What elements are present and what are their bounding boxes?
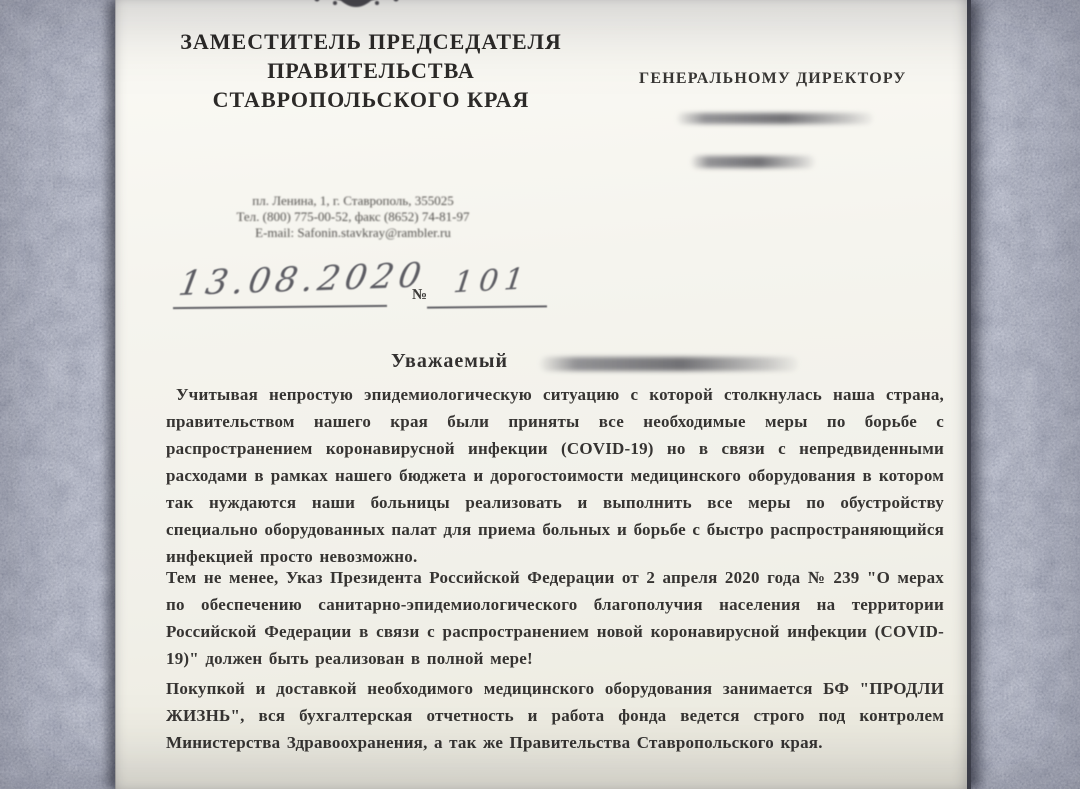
date-underline xyxy=(173,305,387,309)
number-sign: № xyxy=(412,287,427,304)
body-paragraph: Учитывая непростую эпидемиологическую си… xyxy=(166,381,944,570)
handwritten-date: 13.08.2020 xyxy=(176,256,429,305)
address-line: Тел. (800) 775-00-52, факс (8652) 74-81-… xyxy=(203,209,503,225)
sender-address-block: пл. Ленина, 1, г. Ставрополь, 355025 Тел… xyxy=(203,193,503,241)
sender-title-line: ПРАВИТЕЛЬСТВА xyxy=(156,56,586,85)
redacted-addressee-name xyxy=(540,357,798,371)
address-line: E-mail: Safonin.stavkray@rambler.ru xyxy=(203,225,503,241)
recipient-title: ГЕНЕРАЛЬНОМУ ДИРЕКТОРУ xyxy=(639,70,929,88)
address-line: пл. Ленина, 1, г. Ставрополь, 355025 xyxy=(203,193,503,209)
redacted-recipient-org xyxy=(691,156,815,168)
body-paragraph: Покупкой и доставкой необходимого медици… xyxy=(166,675,944,756)
letter-document: ЗАМЕСТИТЕЛЬ ПРЕДСЕДАТЕЛЯ ПРАВИТЕЛЬСТВА С… xyxy=(115,0,971,789)
coat-of-arms-icon xyxy=(309,0,404,18)
handwritten-outgoing-number: 101 xyxy=(452,262,532,301)
sender-title: ЗАМЕСТИТЕЛЬ ПРЕДСЕДАТЕЛЯ ПРАВИТЕЛЬСТВА С… xyxy=(156,27,586,114)
number-underline xyxy=(427,305,547,308)
salutation-greeting: Уважаемый xyxy=(391,350,508,373)
redacted-recipient-name xyxy=(677,113,873,124)
sender-title-line: СТАВРОПОЛЬСКОГО КРАЯ xyxy=(156,85,586,114)
body-paragraph: Тем не менее, Указ Президента Российской… xyxy=(166,564,944,672)
sender-title-line: ЗАМЕСТИТЕЛЬ ПРЕДСЕДАТЕЛЯ xyxy=(156,27,586,56)
photo-of-letter: ЗАМЕСТИТЕЛЬ ПРЕДСЕДАТЕЛЯ ПРАВИТЕЛЬСТВА С… xyxy=(0,0,1080,789)
